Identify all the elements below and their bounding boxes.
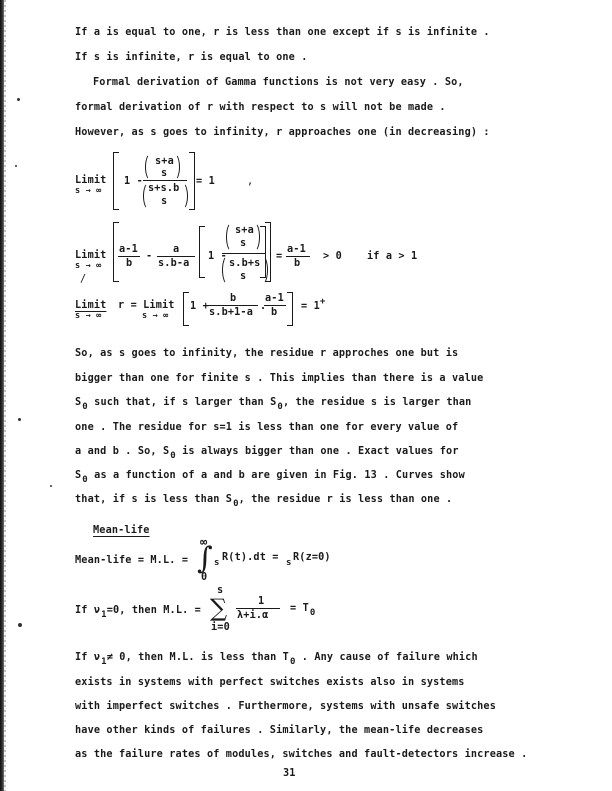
limit-operator: s → ∞ <box>142 311 168 322</box>
fraction-bar <box>118 256 140 257</box>
subscript: 1 <box>101 610 107 620</box>
result: = T0 <box>290 603 315 615</box>
scan-binding-texture <box>4 0 6 791</box>
subscript: s <box>286 558 292 569</box>
binom-bottom: s <box>161 196 167 207</box>
numerator: a <box>173 244 179 255</box>
numerator: 1 <box>258 596 264 607</box>
scan-speck <box>15 165 17 167</box>
limit-subscript: s → ∞ <box>75 261 106 272</box>
equals-one: = 1 <box>196 176 215 187</box>
numerator: a-1 <box>119 244 138 255</box>
text: S <box>75 397 81 408</box>
page-number: 31 <box>283 768 296 779</box>
numerator: a-1 <box>287 244 306 255</box>
text-line: Formal derivation of Gamma functions is … <box>93 77 464 89</box>
text-line: exists in systems with perfect switches … <box>75 677 465 689</box>
scan-speck <box>18 623 22 627</box>
denominator: s.b-a <box>158 258 189 269</box>
limit-operator: Limit s → ∞ <box>75 175 106 197</box>
text: , the residue r is less than one . <box>239 494 453 505</box>
binom-bottom: s <box>161 168 167 179</box>
condition: > 0 if a > 1 <box>323 251 417 262</box>
sum-lower-limit: i=0 <box>211 622 230 633</box>
limit-subscript: s → ∞ <box>142 311 168 322</box>
fraction-bar <box>264 305 286 306</box>
inner-left-bracket <box>199 226 205 278</box>
limit-label: r = Limit <box>118 300 175 311</box>
subscript: s <box>214 558 220 569</box>
text: . Any cause of failure which <box>296 652 478 663</box>
text-line: a and b . So, S0 is always bigger than o… <box>75 446 459 458</box>
scan-speck <box>50 485 52 487</box>
text-line: have other kinds of failures . Similarly… <box>75 725 483 737</box>
binom-bottom: s <box>240 238 246 249</box>
text: If ν <box>75 605 100 616</box>
limit-label: Limit <box>75 175 106 186</box>
numerator: a-1 <box>265 293 284 304</box>
text-line: one . The residue for s=1 is less than o… <box>75 422 458 434</box>
text-line: If a is equal to one, r is less than one… <box>75 27 490 39</box>
text: = T <box>290 603 309 614</box>
denominator: b <box>271 307 277 318</box>
binom-bottom: s <box>240 271 246 282</box>
limit-label: Limit <box>75 300 106 311</box>
text-line: that, if s is less than S0, the residue … <box>75 494 452 506</box>
summation-sign: ∑ <box>210 596 227 620</box>
numerator: b <box>230 293 236 304</box>
integral-lower-limit: 0 <box>201 572 207 583</box>
subscript: 0 <box>170 451 176 461</box>
text: If ν <box>75 652 100 663</box>
term: 1 + <box>190 301 209 312</box>
superscript-plus: + <box>320 297 326 307</box>
operator: - <box>146 251 152 262</box>
text-line: as the failure rates of modules, switche… <box>75 749 527 761</box>
fraction-bar <box>286 256 310 257</box>
subscript: 0 <box>310 608 316 618</box>
text-line: If ν1≠ 0, then M.L. is less than T0 . An… <box>75 652 478 664</box>
text-line: If s is infinite, r is equal to one . <box>75 52 308 64</box>
limit-label: Limit <box>75 250 106 261</box>
limit-subscript: s → ∞ <box>75 186 106 197</box>
text-line: formal derivation of r with respect to s… <box>75 102 446 114</box>
subscript: 0 <box>277 402 283 412</box>
left-bracket <box>113 152 119 210</box>
denominator: s.b+1-a <box>209 307 253 318</box>
denominator: b <box>126 258 132 269</box>
text: =0, then M.L. = <box>107 605 201 616</box>
integral-sign: ∫ <box>197 544 213 574</box>
term: R(z=0) <box>293 552 331 563</box>
right-paren <box>176 182 188 210</box>
fraction-bar <box>157 256 195 257</box>
subscript: 1 <box>101 657 107 667</box>
right-bracket <box>265 222 271 282</box>
fraction-bar <box>143 180 187 181</box>
result: = 1+ <box>301 301 325 313</box>
text-line: with imperfect switches . Furthermore, s… <box>75 701 496 713</box>
equals: = <box>276 251 282 262</box>
right-paren <box>248 222 260 252</box>
limit-operator: r = Limit <box>118 300 175 311</box>
right-bracket <box>189 152 195 210</box>
text-line: However, as s goes to infinity, r approa… <box>75 127 490 139</box>
term: 1 - <box>124 176 143 187</box>
text-line: bigger than one for finite s . This impl… <box>75 373 483 385</box>
section-heading: Mean-life <box>93 525 150 537</box>
text: that, if s is less than S <box>75 494 232 505</box>
text: S <box>75 470 81 481</box>
fraction-bar <box>208 305 258 306</box>
text: , the residue s is larger than <box>283 397 472 408</box>
right-bracket <box>287 292 293 326</box>
text-line: S0 such that, if s larger than S0, the r… <box>75 397 471 409</box>
subscript: 0 <box>82 402 88 412</box>
limit-operator: Limit s → ∞ <box>75 250 106 272</box>
text: such that, if s larger than S <box>88 397 277 408</box>
text: as a function of a and b are given in Fi… <box>88 470 465 481</box>
term: If ν1=0, then M.L. = <box>75 605 201 617</box>
text-line: So, as s goes to infinity, the residue r… <box>75 348 458 360</box>
limit-operator: Limit s → ∞ <box>75 300 106 322</box>
limit-subscript: s → ∞ <box>75 311 106 322</box>
text: ≠ 0, then M.L. is less than T <box>107 652 289 663</box>
text: a and b . So, S <box>75 446 169 457</box>
comma: , <box>247 176 253 187</box>
term: R(t).dt = <box>222 552 279 563</box>
left-bracket <box>183 292 189 326</box>
term: Mean-life = M.L. = <box>75 555 188 566</box>
subscript: 0 <box>82 475 88 485</box>
binom-top: s+s.b <box>148 183 179 194</box>
subscript: 0 <box>290 657 296 667</box>
text-line: S0 as a function of a and b are given in… <box>75 470 465 482</box>
text: is always bigger than one . Exact values… <box>176 446 459 457</box>
denominator: b <box>294 258 300 269</box>
fraction-bar <box>236 608 280 609</box>
subscript: 0 <box>233 499 239 509</box>
right-paren <box>168 153 180 181</box>
stray-mark: / <box>80 274 86 285</box>
scan-speck <box>17 98 20 101</box>
equals-one: = 1 <box>301 301 320 312</box>
denominator: λ+i.α <box>237 610 268 621</box>
scan-speck <box>18 418 21 421</box>
